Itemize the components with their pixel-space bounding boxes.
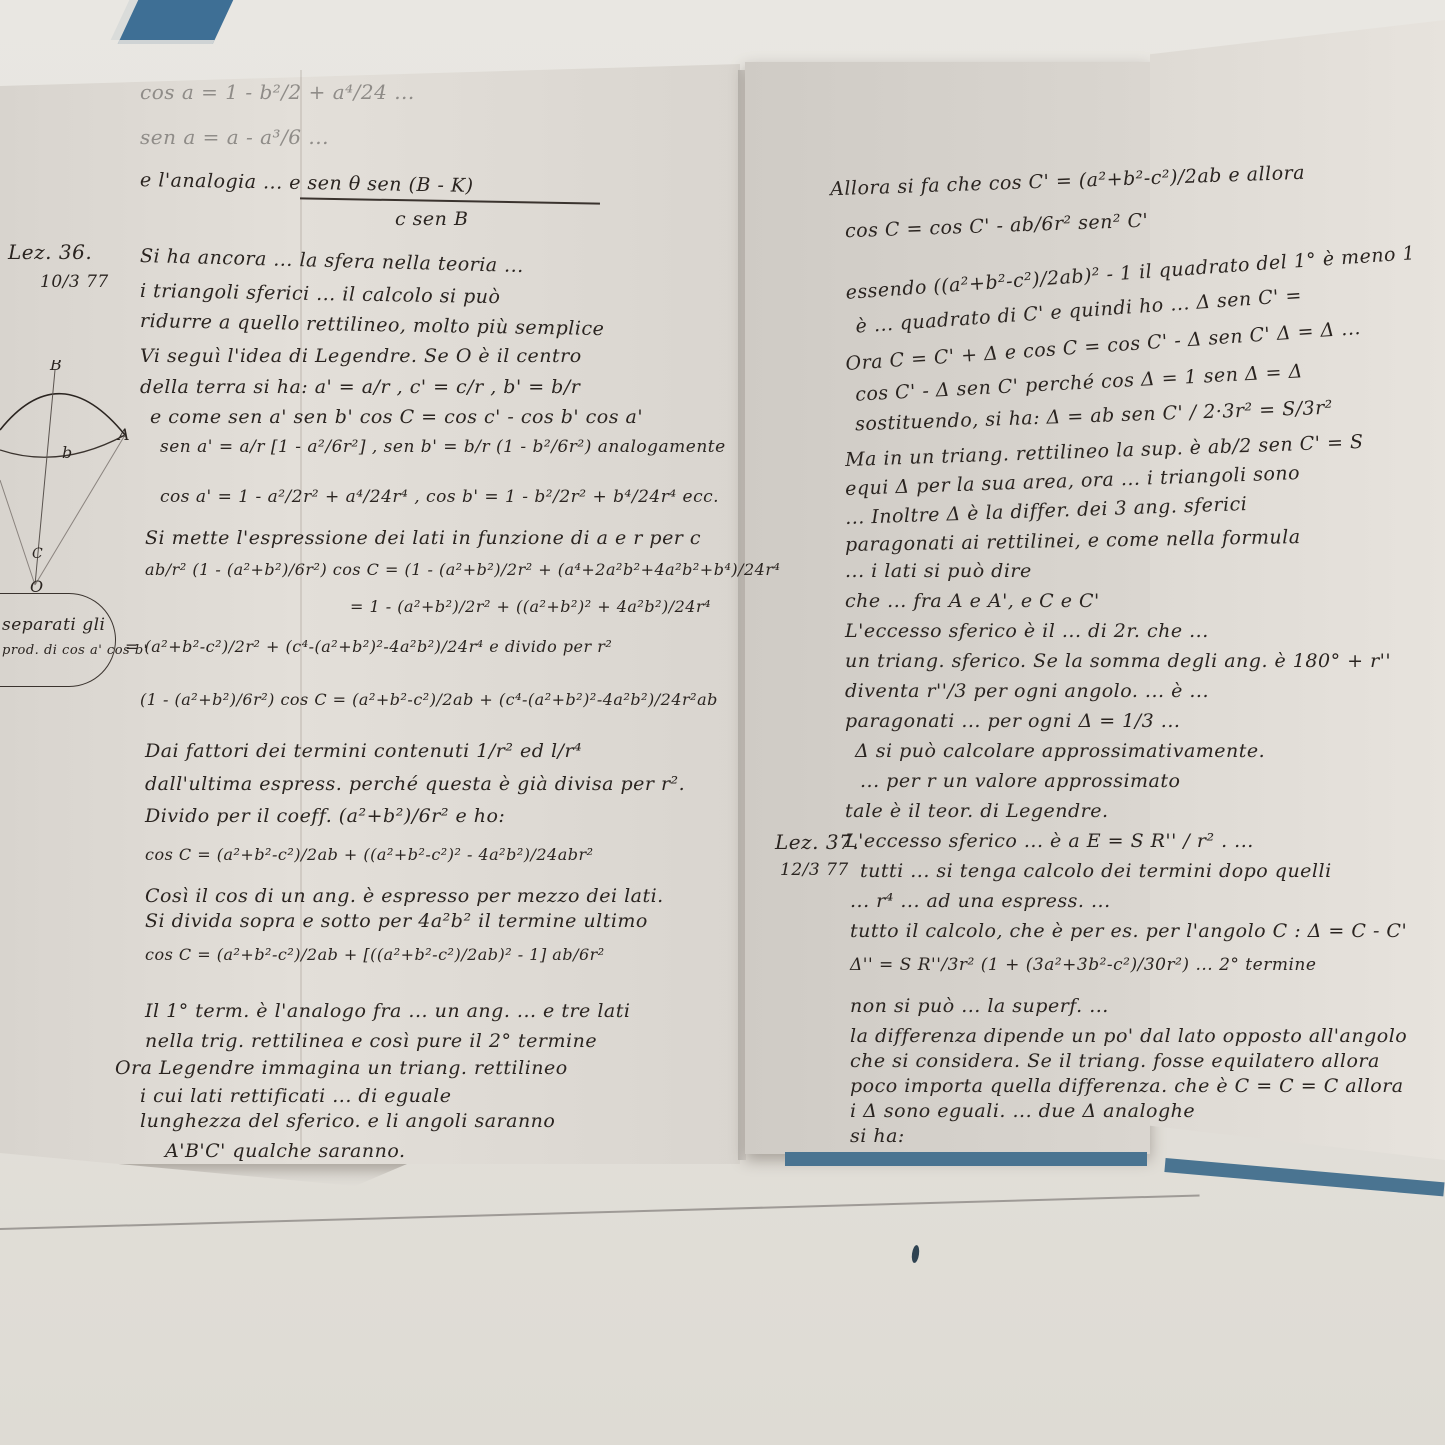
- text-line: Si mette l'espressione dei lati in funzi…: [145, 527, 701, 549]
- svg-text:A: A: [116, 425, 130, 444]
- text-line: diventa r''/3 per ogni angolo. ... è ...: [845, 680, 1209, 702]
- text-line: Il 1° term. è l'analogo fra ... un ang. …: [145, 1000, 630, 1022]
- lesson-date: 12/3 77: [780, 860, 849, 880]
- text-line: si ha:: [850, 1125, 905, 1147]
- formula-line: Δ'' = S R''/3r² (1 + (3a²+3b²-c²)/30r²) …: [850, 955, 1316, 975]
- text-line: ... i lati si può dire: [845, 560, 1032, 582]
- lesson-date: 10/3 77: [40, 272, 109, 292]
- text-line: che ... fra A e A', e C e C': [845, 590, 1100, 612]
- page-fold-crease: [300, 70, 302, 1160]
- text-line: nella trig. rettilinea e così pure il 2°…: [145, 1030, 597, 1052]
- margin-note-line: separati gli: [2, 615, 106, 635]
- formula-line: cos C = (a²+b²-c²)/2ab + ((a²+b²-c²)² - …: [145, 845, 594, 864]
- text-line: i Δ sono eguali. ... due Δ analoghe: [850, 1100, 1195, 1122]
- svg-text:C: C: [32, 546, 43, 562]
- text-line: Dai fattori dei termini contenuti 1/r² e…: [145, 740, 582, 762]
- text-line: tutti ... si tenga calcolo dei termini d…: [860, 860, 1332, 882]
- formula-line: cos a' = 1 - a²/2r² + a⁴/24r⁴ , cos b' =…: [160, 487, 719, 507]
- text-line: della terra si ha: a' = a/r , c' = c/r ,…: [140, 376, 580, 398]
- text-line: i cui lati rettificati ... di eguale: [140, 1085, 452, 1107]
- text-line: la differenza dipende un po' dal lato op…: [850, 1025, 1407, 1047]
- text-line: un triang. sferico. Se la somma degli an…: [845, 650, 1391, 672]
- text-line: che si considera. Se il triang. fosse eq…: [850, 1050, 1380, 1072]
- text-line: e come sen a' sen b' cos C = cos c' - co…: [150, 406, 643, 428]
- fold-out-flap: [1150, 20, 1445, 1160]
- blue-cover-edge: [785, 1152, 1147, 1166]
- text-line: lunghezza del sferico. e li angoli saran…: [140, 1110, 555, 1132]
- svg-text:B: B: [49, 360, 62, 374]
- header-line: c sen B: [395, 208, 468, 230]
- text-line: Ora Legendre immagina un triang. rettili…: [115, 1057, 568, 1079]
- formula-line: cos C = (a²+b²-c²)/2ab + [((a²+b²-c²)/2a…: [145, 945, 605, 964]
- text-line: Δ si può calcolare approssimativamente.: [855, 740, 1265, 762]
- pencil-note: cos a = 1 - b²/2 + a⁴/24 ...: [140, 80, 415, 104]
- lesson-label: Lez. 37.: [775, 830, 859, 854]
- spherical-triangle-diagram-icon: B A b O C: [0, 360, 160, 600]
- text-line: paragonati ... per ogni Δ = 1/3 ...: [845, 710, 1180, 732]
- formula-line: ab/r² (1 - (a²+b²)/6r²) cos C = (1 - (a²…: [145, 560, 780, 579]
- text-line: dall'ultima espress. perché questa è già…: [145, 773, 685, 795]
- formula-line: = (a²+b²-c²)/2r² + (c⁴-(a²+b²)²-4a²b²)/2…: [125, 637, 612, 656]
- text-line: tale è il teor. di Legendre.: [845, 800, 1109, 822]
- svg-text:b: b: [62, 443, 72, 462]
- text-line: L'eccesso sferico ... è a E = S R'' / r²…: [845, 830, 1254, 852]
- formula-line: = 1 - (a²+b²)/2r² + ((a²+b²)² + 4a²b²)/2…: [350, 597, 711, 616]
- pencil-note: sen a = a - a³/6 ...: [140, 125, 329, 149]
- text-line: A'B'C' qualche saranno.: [165, 1140, 406, 1162]
- formula-line: (1 - (a²+b²)/6r²) cos C = (a²+b²-c²)/2ab…: [140, 690, 718, 709]
- text-line: L'eccesso sferico è il ... di 2r. che ..…: [845, 620, 1209, 642]
- text-line: Divido per il coeff. (a²+b²)/6r² e ho:: [145, 805, 505, 827]
- text-line: Così il cos di un ang. è espresso per me…: [145, 885, 664, 907]
- text-line: non si può ... la superf. ...: [850, 995, 1109, 1017]
- circled-margin-note: [0, 593, 116, 687]
- text-line: Si divida sopra e sotto per 4a²b² il ter…: [145, 910, 648, 932]
- text-line: ... r⁴ ... ad una espress. ...: [850, 890, 1111, 912]
- text-line: poco importa quella differenza. che è C …: [850, 1075, 1404, 1097]
- text-line: Vi seguì l'idea di Legendre. Se O è il c…: [140, 345, 582, 367]
- lesson-label: Lez. 36.: [8, 240, 92, 264]
- formula-line: sen a' = a/r [1 - a²/6r²] , sen b' = b/r…: [160, 437, 726, 457]
- text-line: tutto il calcolo, che è per es. per l'an…: [850, 920, 1407, 942]
- text-line: ... per r un valore approssimato: [860, 770, 1180, 792]
